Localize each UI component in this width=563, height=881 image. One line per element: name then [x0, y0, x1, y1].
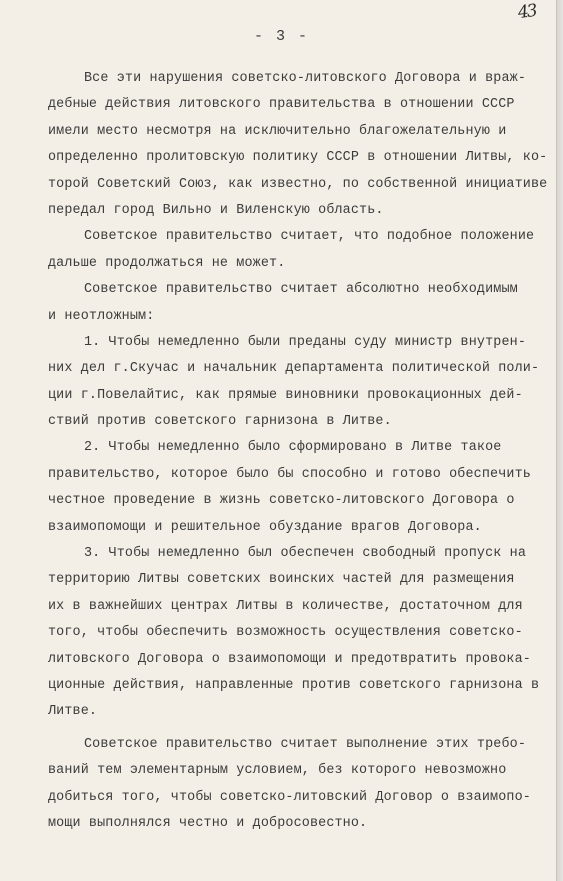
- text-line: 1. Чтобы немедленно были преданы суду ми…: [48, 330, 538, 356]
- text-line: добиться того, чтобы советско-литовский …: [48, 785, 538, 811]
- text-line: Все эти нарушения советско-литовского До…: [48, 66, 538, 92]
- text-line: и неотложным:: [48, 304, 538, 330]
- text-line: литовского Договора о взаимопомощи и пре…: [48, 647, 538, 673]
- text-line: них дел г.Скучас и начальник департамент…: [48, 356, 538, 382]
- text-line: честное проведение в жизнь советско-лито…: [48, 488, 538, 514]
- text-line: определенно пролитовскую политику СССР в…: [48, 145, 538, 171]
- text-line: Советское правительство считает абсолютн…: [48, 277, 538, 303]
- text-line: дальше продолжаться не может.: [48, 251, 538, 277]
- text-line: Советское правительство считает выполнен…: [48, 732, 538, 758]
- document-body: Все эти нарушения советско-литовского До…: [48, 66, 538, 837]
- paragraph-demands-intro: Советское правительство считает абсолютн…: [48, 277, 538, 330]
- text-line: мощи выполнялся честно и добросовестно.: [48, 811, 538, 837]
- text-line: правительство, которое было бы способно …: [48, 462, 538, 488]
- text-line: ции г.Повелайтис, как прямые виновники п…: [48, 383, 538, 409]
- text-line: того, чтобы обеспечить возможность осуще…: [48, 620, 538, 646]
- demand-item-2: 2. Чтобы немедленно было сформировано в …: [48, 435, 538, 541]
- text-line: дебные действия литовского правительства…: [48, 92, 538, 118]
- text-line: передал город Вильно и Виленскую область…: [48, 198, 538, 224]
- text-line: Литве.: [48, 699, 538, 725]
- page-number: - 3 -: [0, 28, 563, 45]
- text-line: торой Советский Союз, как известно, по с…: [48, 172, 538, 198]
- page-edge-shadow: [556, 0, 563, 881]
- demand-item-3: 3. Чтобы немедленно был обеспечен свобод…: [48, 541, 538, 726]
- text-line: ствий против советского гарнизона в Литв…: [48, 409, 538, 435]
- text-line: имели место несмотря на исключительно бл…: [48, 119, 538, 145]
- demand-item-1: 1. Чтобы немедленно были преданы суду ми…: [48, 330, 538, 436]
- text-line: 3. Чтобы немедленно был обеспечен свобод…: [48, 541, 538, 567]
- paragraph-situation: Советское правительство считает, что под…: [48, 224, 538, 277]
- paragraph-conclusion: Советское правительство считает выполнен…: [48, 732, 538, 838]
- document-page: 43 - 3 - Все эти нарушения советско-лито…: [0, 0, 557, 881]
- paragraph-intro: Все эти нарушения советско-литовского До…: [48, 66, 538, 224]
- handwritten-folio-number: 43: [517, 1, 537, 23]
- text-line: взаимопомощи и решительное обуздание вра…: [48, 515, 538, 541]
- text-line: ваний тем элементарным условием, без кот…: [48, 758, 538, 784]
- text-line: территорию Литвы советских воинских част…: [48, 567, 538, 593]
- text-line: ционные действия, направленные против со…: [48, 673, 538, 699]
- text-line: 2. Чтобы немедленно было сформировано в …: [48, 435, 538, 461]
- text-line: Советское правительство считает, что под…: [48, 224, 538, 250]
- text-line: их в важнейших центрах Литвы в количеств…: [48, 594, 538, 620]
